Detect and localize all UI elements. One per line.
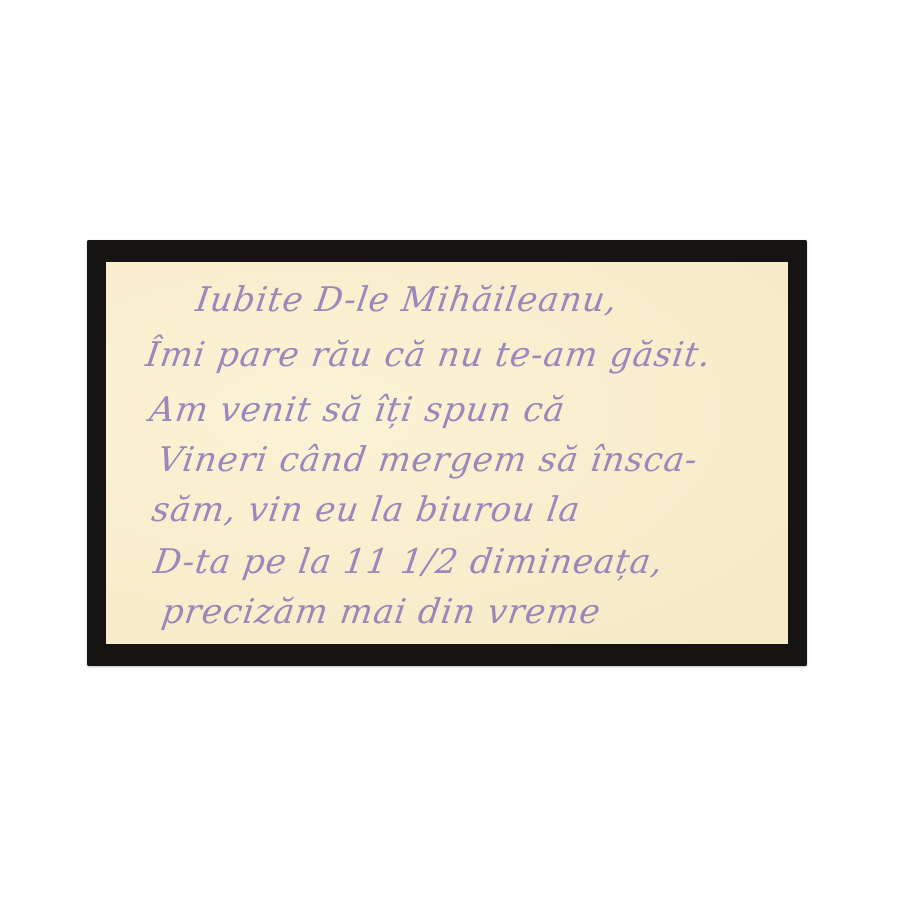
handwritten-line: precizăm mai din vreme	[159, 592, 603, 632]
mourning-card-border: Iubite D-le Mihăileanu, Îmi pare rău că …	[87, 240, 807, 666]
handwritten-line: D-ta pe la 11 1/2 dimineața,	[151, 542, 666, 582]
handwritten-line: Vineri când mergem să însca-	[155, 440, 700, 480]
salutation-line: Iubite D-le Mihăileanu,	[193, 280, 620, 320]
handwritten-line: Am venit să îți spun că	[147, 390, 568, 430]
card-paper: Iubite D-le Mihăileanu, Îmi pare rău că …	[106, 262, 788, 644]
handwritten-line: săm, vin eu la biurou la	[149, 490, 583, 530]
handwritten-line: Îmi pare rău că nu te-am găsit.	[143, 335, 714, 375]
